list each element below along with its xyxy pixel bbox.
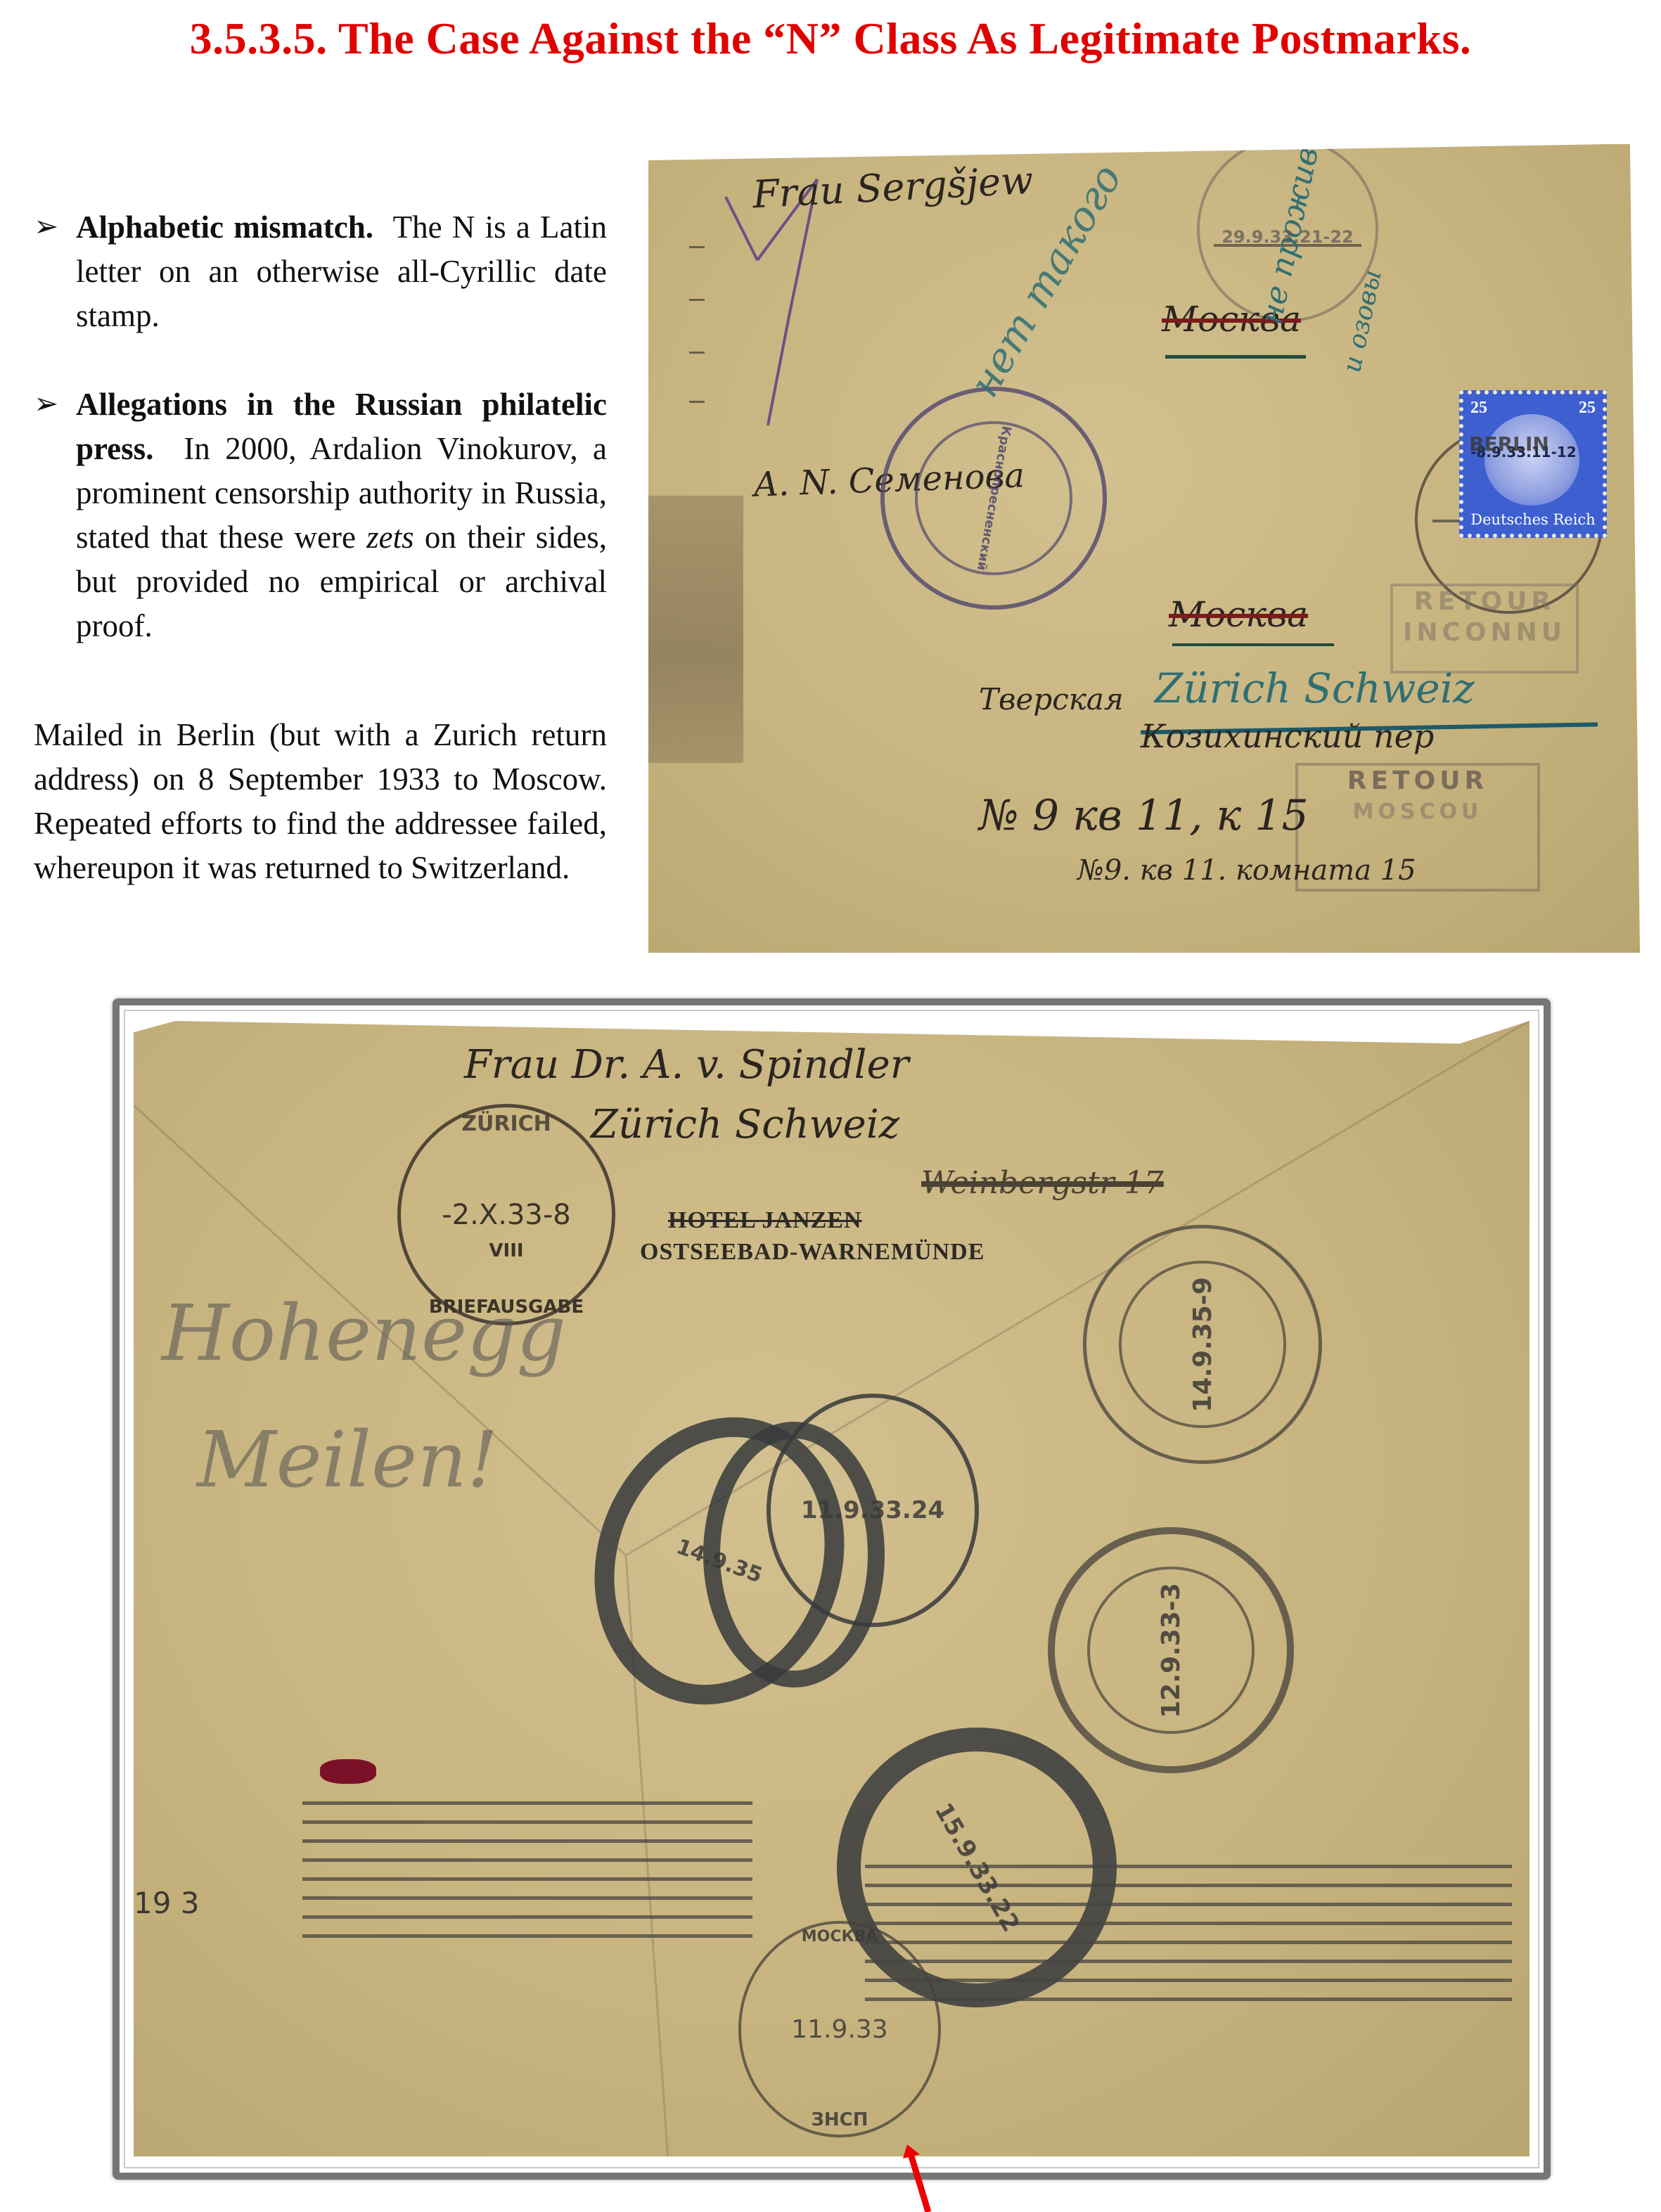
description-text: Mailed in Berlin (but with a Zurich retu… bbox=[34, 713, 607, 890]
partial-cancel: 19 3 bbox=[134, 1886, 200, 1920]
machine-cancel-lines bbox=[865, 1865, 1512, 2017]
underline bbox=[1165, 355, 1306, 359]
sender-name: Frau Dr. A. v. Spindler bbox=[464, 1042, 909, 1088]
paper-wear bbox=[648, 496, 743, 763]
postage-stamp-hindenburg: 25 25 -8.9.33.11-12 Deutsches Reich bbox=[1459, 390, 1607, 538]
page-title: 3.5.3.5. The Case Against the “N” Class … bbox=[0, 13, 1661, 65]
red-ink-stain bbox=[320, 1759, 376, 1784]
cover-back-image: Frau Dr. A. v. Spindler Zürich Schweiz W… bbox=[134, 1021, 1529, 2156]
argument-allegations: ➢ Allegations in the Russian philatelic … bbox=[34, 382, 607, 648]
printed-hotel-name: HOTEL JANZEN bbox=[668, 1207, 862, 1234]
perforation-mark bbox=[689, 246, 705, 248]
postmark-moscow: 14.9.35-9 bbox=[1083, 1225, 1322, 1464]
sender-street-struck: Weinbergstr 17 bbox=[921, 1165, 1164, 1201]
addressee-name: Frau Sergšjew bbox=[752, 158, 1034, 217]
argument-italic-term: zets bbox=[366, 520, 414, 555]
perforation-mark bbox=[689, 401, 705, 403]
red-pointer-arrow-icon bbox=[900, 2145, 956, 2212]
handwritten-grey-2: Meilen! bbox=[197, 1415, 498, 1505]
retour-inconnu-stamp: RETOUR INCONNU bbox=[1390, 584, 1579, 674]
argument-heading: Alphabetic mismatch. bbox=[76, 210, 373, 245]
postmark-moscow-machine: МОСКВА 11.9.33 ЗНСП bbox=[738, 1921, 941, 2137]
house-number: № 9 кв 11, к 15 bbox=[979, 791, 1309, 840]
machine-cancel-lines bbox=[302, 1801, 752, 1953]
postmark-moscow: 12.9.33-3 bbox=[1048, 1527, 1294, 1773]
postmark-moscow bbox=[703, 1422, 885, 1687]
street-left: Тверская bbox=[979, 682, 1124, 716]
cover-description: Mailed in Berlin (but with a Zurich retu… bbox=[34, 713, 607, 890]
argument-alphabetic-mismatch: ➢ Alphabetic mismatch. The N is a Latin … bbox=[34, 205, 607, 338]
sender-city: Zürich Schweiz bbox=[591, 1102, 899, 1147]
arrow-bullet-icon: ➢ bbox=[34, 382, 58, 427]
underline bbox=[1172, 643, 1334, 646]
censor-seal: Краснопресненский bbox=[880, 387, 1107, 610]
cover-front-image: 29.9.33.21-22 Frau Sergšjew A. N. Семено… bbox=[648, 144, 1640, 953]
house-number-note: №9. кв 11. комната 15 bbox=[1077, 854, 1416, 887]
street-address: Козихинский пер bbox=[1141, 717, 1434, 755]
struck-city-2: Москва bbox=[1169, 594, 1308, 635]
arrow-bullet-icon: ➢ bbox=[34, 205, 58, 250]
printed-hotel-place: OSTSEEBAD-WARNEMÜNDE bbox=[640, 1239, 985, 1266]
redirect-address: Zürich Schweiz bbox=[1155, 664, 1475, 712]
perforation-mark bbox=[689, 352, 705, 354]
perforation-mark bbox=[689, 299, 705, 301]
